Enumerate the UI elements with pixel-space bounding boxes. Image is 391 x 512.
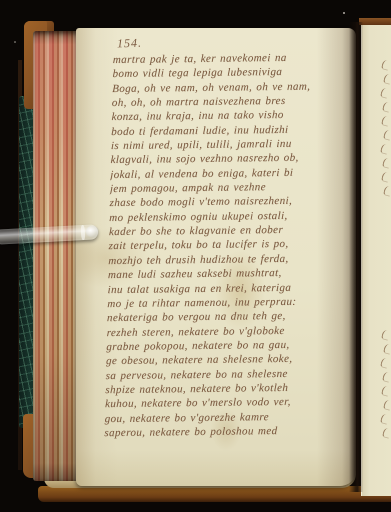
dust-speck	[343, 12, 345, 14]
photo-background: 154. martra pak je ta, ker navekomei nab…	[0, 0, 391, 512]
facing-page-text-fragments	[380, 0, 391, 512]
book-bottom-cover-edge	[38, 486, 391, 502]
manuscript-text: martra pak je ta, ker navekomei nabomo v…	[104, 50, 359, 447]
page-number: 154.	[117, 36, 143, 52]
manuscript-line: saperou, nekatere bo poloshou med	[104, 423, 350, 440]
dust-speck	[14, 41, 16, 43]
fore-edge-page-stripes	[33, 31, 80, 481]
